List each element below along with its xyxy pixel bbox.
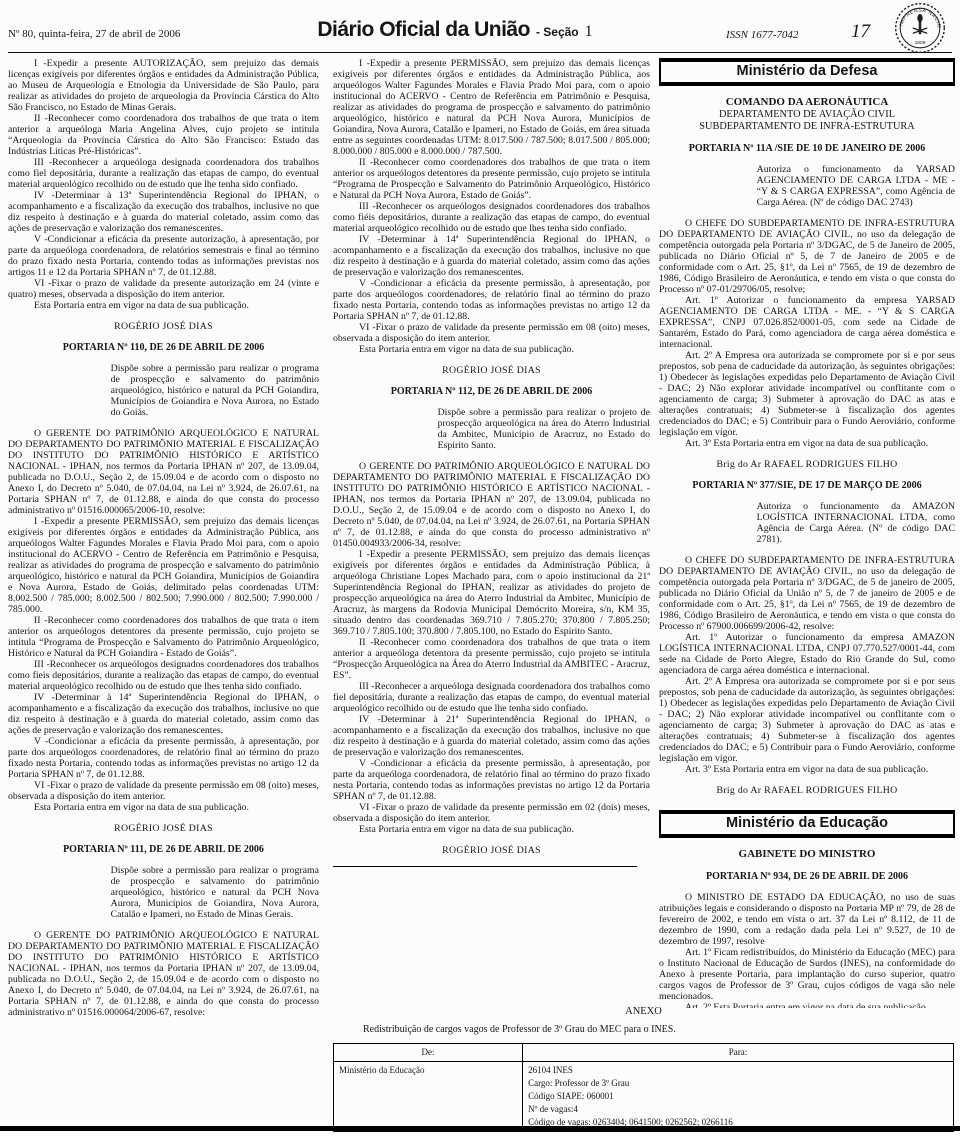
body-paragraph: O CHEFE DO SUBDEPARTAMENTO DE INFRA-ESTR… <box>659 218 955 295</box>
table-header-row: De: Para: <box>334 1044 954 1062</box>
org-subtitle: SUBDEPARTAMENTO DE INFRA-ESTRUTURA <box>659 121 955 133</box>
cell-para-line: Cargo: Professor de 3º Grau <box>528 1077 948 1090</box>
column-rule <box>333 866 637 867</box>
signature: ROGÉRIO JOSÉ DIAS <box>8 321 319 332</box>
table-header-para: Para: <box>523 1044 954 1062</box>
body-paragraph: VI -Fixar o prazo de validade da present… <box>333 322 650 344</box>
bottom-rule <box>0 1126 960 1131</box>
gazette-title: Diário Oficial da União <box>317 18 530 42</box>
anexo-subtitle: Redistribuição de cargos vagos de Profes… <box>333 1024 954 1035</box>
org-title: COMANDO DA AERONÁUTICA <box>659 96 955 109</box>
body-paragraph: VI -Fixar o prazo de validade da present… <box>8 278 319 300</box>
portaria-heading: PORTARIA Nº 111, DE 26 DE ABRIL DE 2006 <box>8 844 319 855</box>
cell-para-line: 26104 INES <box>528 1064 948 1077</box>
ministry-section-box: Ministério da Educação <box>659 810 955 838</box>
portaria-heading: PORTARIA Nº 934, DE 26 DE ABRIL DE 2006 <box>659 871 955 882</box>
body-paragraph: II -Reconhecer como coordenadores dos tr… <box>8 615 319 659</box>
body-paragraph: Esta Portaria entra em vigor na data de … <box>333 344 650 355</box>
body-paragraph: Esta Portaria entra em vigor na data de … <box>8 300 319 311</box>
page-number: 17 <box>851 21 870 43</box>
body-paragraph: I -Expedir a presente PERMISSÃO, sem pre… <box>8 516 319 615</box>
signature: ROGÉRIO JOSÉ DIAS <box>333 365 650 376</box>
body-paragraph: O GERENTE DO PATRIMÔNIO ARQUEOLÓGICO E N… <box>8 428 319 516</box>
signature: Brig do Ar RAFAEL RODRIGUES FILHO <box>659 785 955 796</box>
masthead: Diário Oficial da União - Seção 1 <box>240 18 670 42</box>
body-paragraph: II -Reconhecer como coordenadora dos tra… <box>8 113 319 157</box>
org-title: GABINETE DO MINISTRO <box>659 848 955 861</box>
body-paragraph: V -Condicionar a eficácia da presente au… <box>8 234 319 278</box>
body-paragraph: II -Reconhecer como coordenadora dos tra… <box>333 637 650 681</box>
body-paragraph: VI -Fixar o prazo de validade da present… <box>8 780 319 802</box>
cell-para-line: Nº de vagas:4 <box>528 1103 948 1116</box>
signature: ROGÉRIO JOSÉ DIAS <box>333 845 650 856</box>
body-paragraph: III -Reconhecer os arqueólogos designado… <box>333 201 650 234</box>
cell-de: Ministério da Educação <box>334 1062 523 1132</box>
section-label: - Seção <box>536 25 579 39</box>
body-paragraph: Art. 2º A Empresa ora autorizada se comp… <box>659 350 955 438</box>
body-paragraph: IV -Determinar à 14ª Superintendência Re… <box>333 234 650 278</box>
header-rule <box>8 52 952 53</box>
body-paragraph: V -Condicionar a eficácia da presente pe… <box>333 278 650 322</box>
ementa-summary: Autoriza o funcionamento da AMAZON LOGÍS… <box>757 501 955 545</box>
body-paragraph: III -Reconhecer a arqueóloga designada c… <box>333 681 650 714</box>
body-paragraph: Art. 3º Esta Portaria entra em vigor na … <box>659 764 955 775</box>
body-paragraph: Esta Portaria entra em vigor na data de … <box>8 802 319 813</box>
body-paragraph: V -Condicionar a eficácia da presente pe… <box>333 758 650 802</box>
ministry-section-box: Ministério da Defesa <box>659 58 955 86</box>
table-row: Ministério da Educação 26104 INES Cargo:… <box>334 1062 954 1132</box>
table-header-de: De: <box>334 1044 523 1062</box>
anexo-section: ANEXO Redistribuição de cargos vagos de … <box>333 1006 954 1132</box>
ementa-summary: Dispõe sobre a permissão para realizar o… <box>111 865 319 920</box>
body-paragraph: O GERENTE DO PATRIMÔNIO ARQUEOLÓGICO E N… <box>333 461 650 549</box>
body-paragraph: I -Expedir a presente PERMISSÃO, sem pre… <box>333 549 650 637</box>
body-paragraph: IV -Determinar à 21ª Superintendência Re… <box>333 714 650 758</box>
column-right: Ministério da DefesaCOMANDO DA AERONÁUTI… <box>659 58 955 1008</box>
cell-para: 26104 INES Cargo: Professor de 3º Grau C… <box>523 1062 954 1132</box>
body-paragraph: O MINISTRO DE ESTADO DA EDUCAÇÃO, no uso… <box>659 892 955 947</box>
body-paragraph: Art. 1º Autorizar o funcionamento da emp… <box>659 295 955 350</box>
seal-year: 1808 <box>915 40 926 46</box>
body-paragraph: I -Expedir a presente AUTORIZAÇÃO, sem p… <box>8 58 319 113</box>
redistribution-table: De: Para: Ministério da Educação 26104 I… <box>333 1043 954 1132</box>
body-paragraph: IV -Determinar à 13ª Superintendência Re… <box>8 190 319 234</box>
gazette-page: Nº 80, quinta-feira, 27 de abril de 2006… <box>0 0 960 1136</box>
signature: ROGÉRIO JOSÉ DIAS <box>8 823 319 834</box>
column-center: I -Expedir a presente PERMISSÃO, sem pre… <box>333 58 650 1008</box>
body-paragraph: II -Reconhecer como coordenadores dos tr… <box>333 157 650 201</box>
issn-label: ISSN 1677-7042 <box>726 29 798 41</box>
signature: Brig do Ar RAFAEL RODRIGUES FILHO <box>659 459 955 470</box>
body-paragraph: Esta Portaria entra em vigor na data de … <box>333 824 650 835</box>
body-paragraph: V -Condicionar a eficácia da presente pe… <box>8 736 319 780</box>
cell-para-line: Código SIAPE: 060001 <box>528 1090 948 1103</box>
org-subtitle: DEPARTAMENTO DE AVIAÇÃO CIVIL <box>659 109 955 121</box>
edition-info: Nº 80, quinta-feira, 27 de abril de 2006 <box>8 28 180 40</box>
column-left: I -Expedir a presente AUTORIZAÇÃO, sem p… <box>8 58 319 1108</box>
ementa-summary: Dispõe sobre a permissão para realizar o… <box>111 363 319 418</box>
portaria-heading: PORTARIA Nº 110, DE 26 DE ABRIL DE 2006 <box>8 342 319 353</box>
body-paragraph: IV -Determinar à 14ª Superintendência Re… <box>8 692 319 736</box>
portaria-heading: PORTARIA Nº 377/SIE, DE 17 DE MARÇO DE 2… <box>659 480 955 491</box>
body-paragraph: Art. 2º A Empresa ora autorizada se comp… <box>659 676 955 764</box>
portaria-heading: PORTARIA Nº 112, DE 26 DE ABRIL DE 2006 <box>333 386 650 397</box>
portaria-heading: PORTARIA Nº 11A /SIE DE 10 DE JANEIRO DE… <box>659 143 955 154</box>
body-paragraph: III -Reconhecer a arqueóloga designada c… <box>8 157 319 190</box>
body-paragraph: Art. 1º Ficam redistribuídos, do Ministé… <box>659 947 955 1002</box>
section-number: 1 <box>585 23 593 41</box>
body-paragraph: O GERENTE DO PATRIMÔNIO ARQUEOLÓGICO E N… <box>8 930 319 1018</box>
body-paragraph: Art. 3º Esta Portaria entra em vigor na … <box>659 438 955 449</box>
body-paragraph: III -Reconhecer os arqueólogos designado… <box>8 659 319 692</box>
anexo-title: ANEXO <box>333 1006 954 1017</box>
ementa-summary: Dispõe sobre a permissão para realizar o… <box>438 407 650 451</box>
body-paragraph: Art. 1º Autorizar o funcionamento da emp… <box>659 632 955 676</box>
body-paragraph: O CHEFE DO SUBDEPARTAMENTO DE INFRA-ESTR… <box>659 555 955 632</box>
body-paragraph: VI -Fixar o prazo de validade da present… <box>333 802 650 824</box>
ementa-summary: Autoriza o funcionamento da YARSAD AGENC… <box>757 164 955 208</box>
body-paragraph: I -Expedir a presente PERMISSÃO, sem pre… <box>333 58 650 157</box>
